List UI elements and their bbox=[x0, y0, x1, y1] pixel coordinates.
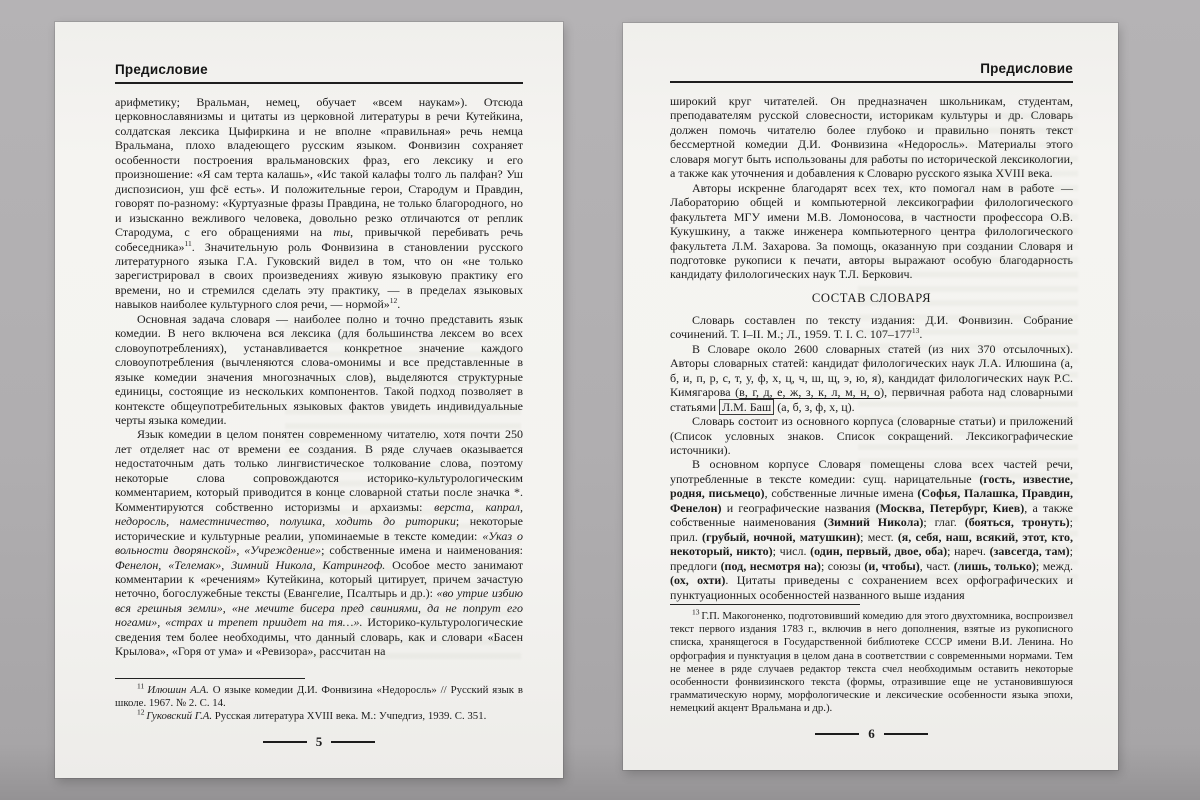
footnote-list: 11 Илюшин А.А. О языке комедии Д.И. Фонв… bbox=[115, 684, 523, 723]
paragraph: Язык комедии в целом понятен современном… bbox=[115, 427, 523, 658]
text-segment: ; мест. bbox=[860, 530, 898, 544]
text-segment: Гуковский Г.А. bbox=[146, 710, 212, 722]
text-segment: , част. bbox=[920, 559, 954, 573]
footnote: 13 Г.П. Макогоненко, подготовивший комед… bbox=[670, 610, 1073, 715]
text-segment: (под, несмотря на) bbox=[721, 559, 821, 573]
text-segment: Основная задача словаря — наиболее полно… bbox=[115, 312, 523, 427]
text-segment: (ох, охти) bbox=[670, 573, 725, 587]
paragraph: арифметику; Вральман, немец, обучает «вс… bbox=[115, 95, 523, 312]
right-page-body-top: широкий круг читателей. Он предназначен … bbox=[670, 94, 1073, 282]
text-segment: Словарь состоит из основного корпуса (сл… bbox=[670, 414, 1073, 457]
text-segment: ; глаг. bbox=[923, 515, 964, 529]
running-title: Предисловие bbox=[670, 61, 1073, 76]
text-segment: (бояться, тронуть) bbox=[965, 515, 1070, 529]
left-page-footnotes: 11 Илюшин А.А. О языке комедии Д.И. Фонв… bbox=[115, 678, 523, 723]
text-segment: ; нареч. bbox=[947, 544, 989, 558]
page-number: 6 bbox=[670, 726, 1073, 742]
text-segment: Словарь составлен по тексту издания: Д.И… bbox=[670, 313, 1073, 341]
header-rule bbox=[115, 82, 523, 84]
text-segment: Авторы искренне благодарят всех тех, кто… bbox=[670, 181, 1073, 282]
footnote-number: 13 bbox=[692, 608, 701, 617]
text-segment: ты bbox=[333, 225, 350, 239]
footnote-number: 12 bbox=[137, 707, 146, 716]
text-segment: Л.М. Баш bbox=[719, 399, 774, 415]
text-segment: (грубый, ночной, матушкин) bbox=[702, 530, 860, 544]
left-page: Предисловие арифметику; Вральман, немец,… bbox=[55, 22, 563, 778]
text-segment: (Зимний Никола) bbox=[824, 515, 924, 529]
page-number-dash bbox=[331, 741, 375, 743]
left-page-header: Предисловие bbox=[115, 62, 523, 84]
text-segment: . bbox=[397, 297, 400, 311]
scan-background: { "colors":{"background":"#b0aeb0","page… bbox=[0, 0, 1200, 800]
text-segment: (а, б, з, ф, х, ц). bbox=[774, 400, 854, 414]
text-segment: , собственные личные имена bbox=[765, 486, 918, 500]
text-segment: Русская литература XVIII века. М.: Учпед… bbox=[212, 710, 486, 722]
footnote-list: 13 Г.П. Макогоненко, подготовивший комед… bbox=[670, 610, 1073, 715]
text-segment: . bbox=[919, 327, 922, 341]
footnote-number: 11 bbox=[137, 681, 147, 690]
text-segment: (лишь, только) bbox=[954, 559, 1036, 573]
paragraph: В Словаре около 2600 словарных статей (и… bbox=[670, 342, 1073, 414]
footnote-rule bbox=[670, 604, 860, 605]
footnote: 12 Гуковский Г.А. Русская литература XVI… bbox=[115, 710, 523, 723]
paragraph: Основная задача словаря — наиболее полно… bbox=[115, 312, 523, 428]
page-number-dash bbox=[815, 733, 859, 735]
footnote: 11 Илюшин А.А. О языке комедии Д.И. Фонв… bbox=[115, 684, 523, 710]
text-segment: Илюшин А.А. bbox=[147, 684, 209, 696]
right-page-footnotes: 13 Г.П. Макогоненко, подготовивший комед… bbox=[670, 604, 1073, 715]
right-page-body-bottom: Словарь составлен по тексту издания: Д.И… bbox=[670, 313, 1073, 602]
text-segment: ; собственные имена и наименования: bbox=[321, 543, 523, 557]
right-page-header: Предисловие bbox=[670, 61, 1073, 83]
header-rule bbox=[670, 81, 1073, 83]
section-heading: СОСТАВ СЛОВАРЯ bbox=[670, 291, 1073, 306]
text-segment: в, г, д, е, ж, з, к, л, м, н, о bbox=[739, 385, 880, 399]
text-segment: 11 bbox=[184, 239, 191, 248]
page-number-value: 6 bbox=[868, 726, 875, 742]
text-segment: Фенелон, «Телемак», Зимний Никола, Катри… bbox=[115, 558, 385, 572]
text-segment: (завсегда, там) bbox=[990, 544, 1070, 558]
text-segment: широкий круг читателей. Он предназначен … bbox=[670, 94, 1073, 180]
paragraph: Авторы искренне благодарят всех тех, кто… bbox=[670, 181, 1073, 282]
text-segment: . Цитаты приведены с сохранением всех ор… bbox=[670, 573, 1073, 601]
paragraph: широкий круг читателей. Он предназначен … bbox=[670, 94, 1073, 181]
text-segment: (один, первый, двое, оба) bbox=[810, 544, 947, 558]
paragraph: В основном корпусе Словаря помещены слов… bbox=[670, 457, 1073, 602]
paragraph: Словарь состоит из основного корпуса (сл… bbox=[670, 414, 1073, 457]
text-segment: (и, чтобы) bbox=[864, 559, 919, 573]
left-page-body: арифметику; Вральман, немец, обучает «вс… bbox=[115, 95, 523, 659]
text-segment: ; союзы bbox=[821, 559, 864, 573]
text-segment: ; межд. bbox=[1036, 559, 1073, 573]
page-number-dash bbox=[884, 733, 928, 735]
text-segment: Г.П. Макогоненко, подготовивший комедию … bbox=[670, 610, 1073, 714]
text-segment: (Москва, Петербург, Киев) bbox=[876, 501, 1025, 515]
page-number-value: 5 bbox=[316, 734, 323, 750]
page-number: 5 bbox=[115, 734, 523, 750]
page-number-dash bbox=[263, 741, 307, 743]
running-title: Предисловие bbox=[115, 62, 523, 77]
text-segment: ; числ. bbox=[773, 544, 810, 558]
right-page: Предисловие широкий круг читателей. Он п… bbox=[623, 23, 1118, 770]
spacer bbox=[115, 659, 523, 678]
text-segment: арифметику; Вральман, немец, обучает «вс… bbox=[115, 95, 523, 239]
paragraph: Словарь составлен по тексту издания: Д.И… bbox=[670, 313, 1073, 342]
text-segment: и географические названия bbox=[722, 501, 876, 515]
footnote-rule bbox=[115, 678, 305, 679]
